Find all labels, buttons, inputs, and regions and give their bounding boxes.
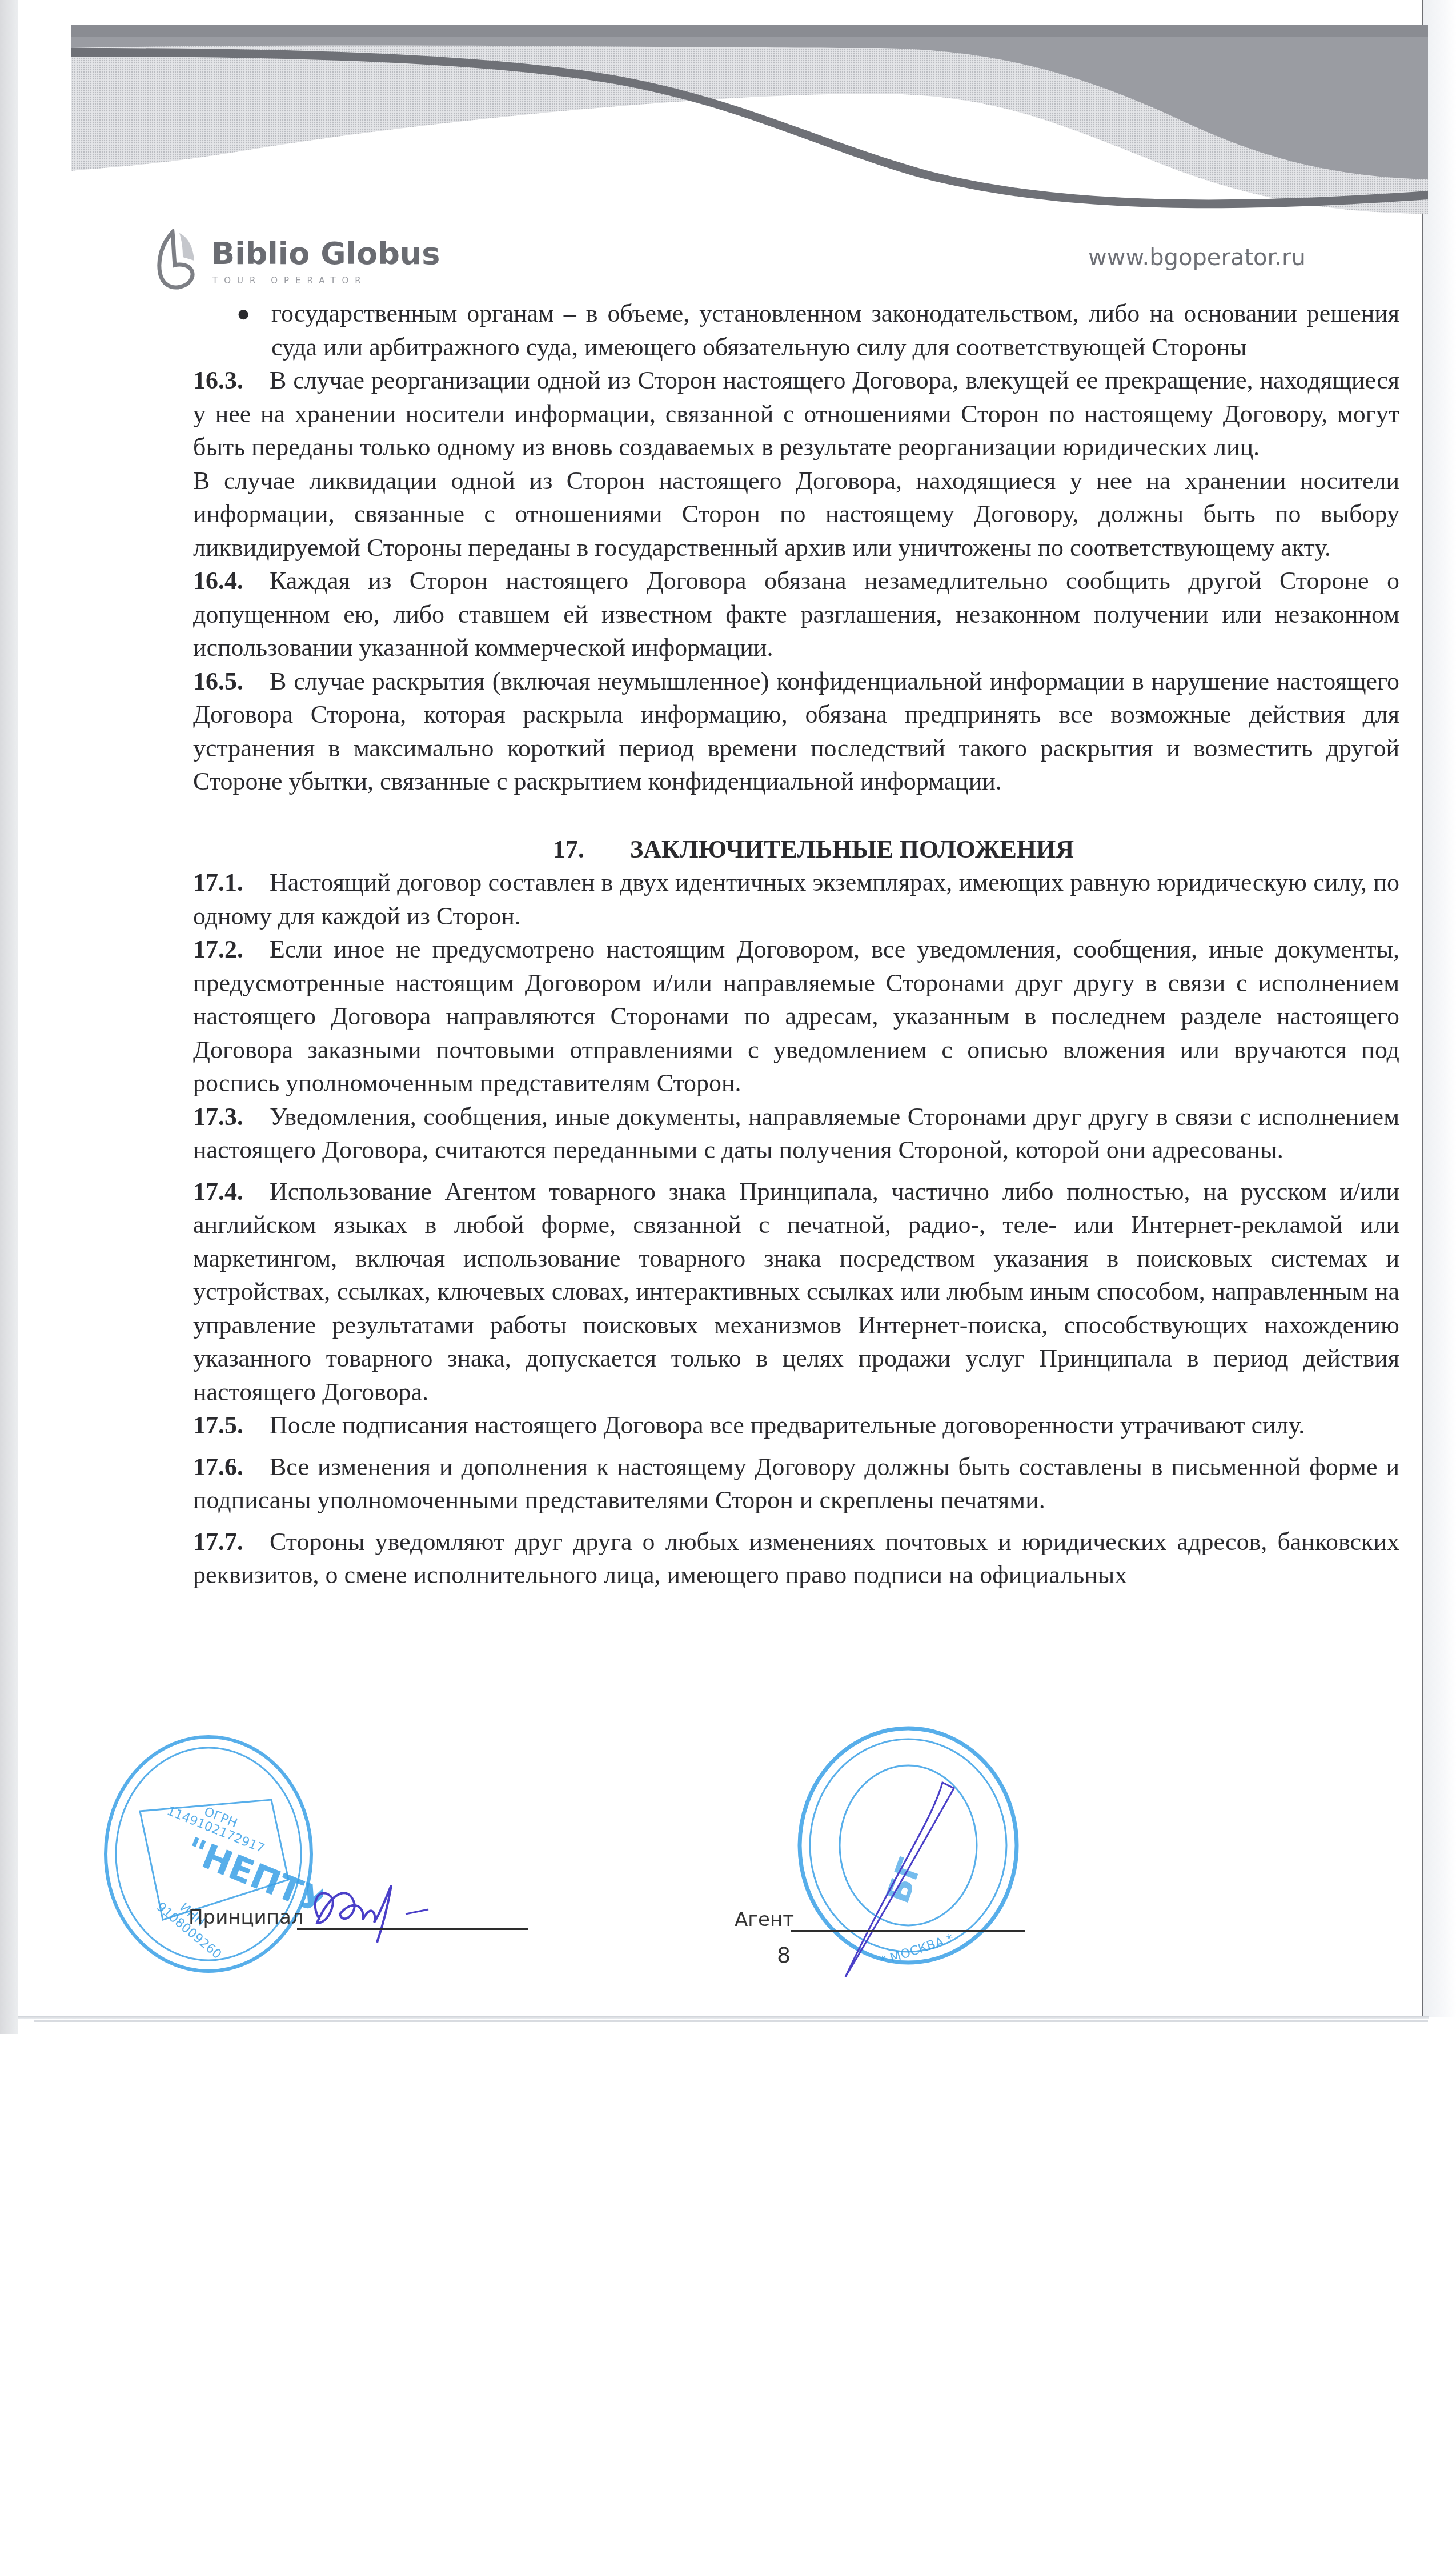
clause-17-3: 17.3.Уведомления, сообщения, иные докуме… <box>193 1100 1399 1167</box>
logo-mark-icon <box>154 229 200 291</box>
agent-label: Агент <box>735 1908 794 1931</box>
page-bottom-edge-shadow <box>34 2020 1428 2022</box>
clause-17-1: 17.1.Настоящий договор составлен в двух … <box>193 866 1399 933</box>
website-url: www.bgoperator.ru <box>1088 245 1306 271</box>
clause-17-5: 17.5.После подписания настоящего Договор… <box>193 1409 1399 1443</box>
contract-body: ● государственным органам – в объеме, ус… <box>193 297 1399 1592</box>
clause-text: После подписания настоящего Договора все… <box>270 1411 1305 1439</box>
section-title: ЗАКЛЮЧИТЕЛЬНЫЕ ПОЛОЖЕНИЯ <box>630 835 1074 863</box>
clause-text: В случае реорганизации одной из Сторон н… <box>193 366 1399 461</box>
clause-text: Если иное не предусмотрено настоящим Дог… <box>193 935 1399 1097</box>
clause-text: Настоящий договор составлен в двух идент… <box>193 868 1399 930</box>
principal-signature-line <box>297 1928 528 1930</box>
clause-16-5: 16.5.В случае раскрытия (включая неумышл… <box>193 665 1399 799</box>
logo-name: Biblio Globus <box>211 235 440 271</box>
clause-16-3: 16.3.В случае реорганизации одной из Сто… <box>193 364 1399 464</box>
clause-number: 17.5. <box>193 1409 270 1443</box>
header-wave-graphic <box>71 25 1428 214</box>
section-number: 17. <box>553 833 584 867</box>
clause-17-4: 17.4.Использование Агентом товарного зна… <box>193 1175 1399 1409</box>
clause-number: 16.3. <box>193 364 270 398</box>
page-right-edge <box>1422 0 1423 2017</box>
clause-17-2: 17.2.Если иное не предусмотрено настоящи… <box>193 933 1399 1100</box>
signature-block: Принципал Агент <box>0 1903 1456 1960</box>
principal-label: Принципал <box>188 1906 304 1929</box>
clause-text: Стороны уведомляют друг друга о любых из… <box>193 1528 1399 1589</box>
scan-left-margin <box>0 0 18 2034</box>
page-number: 8 <box>777 1943 791 1968</box>
clause-number: 16.5. <box>193 665 270 699</box>
clause-16-3-continued: В случае ликвидации одной из Сторон наст… <box>193 464 1399 565</box>
clause-number: 16.4. <box>193 564 270 598</box>
logo-subtitle: TOUR OPERATOR <box>212 275 367 286</box>
bullet-item: ● государственным органам – в объеме, ус… <box>193 297 1399 364</box>
agent-signature-line <box>791 1930 1025 1932</box>
clause-17-6: 17.6.Все изменения и дополнения к настоя… <box>193 1451 1399 1517</box>
clause-16-4: 16.4.Каждая из Сторон настоящего Договор… <box>193 564 1399 665</box>
scan-right-shade <box>1423 0 1456 2017</box>
clause-text: Все изменения и дополнения к настоящему … <box>193 1453 1399 1515</box>
clause-number: 17.2. <box>193 933 270 967</box>
clause-text: В случае ликвидации одной из Сторон наст… <box>193 467 1399 562</box>
clause-number: 17.4. <box>193 1175 270 1209</box>
biblio-globus-logo: Biblio Globus TOUR OPERATOR <box>154 223 497 297</box>
bullet-text: государственным органам – в объеме, уста… <box>271 299 1399 361</box>
page-bottom-edge <box>18 2016 1429 2019</box>
clause-text: Каждая из Сторон настоящего Договора обя… <box>193 567 1399 662</box>
clause-number: 17.6. <box>193 1451 270 1484</box>
clause-number: 17.7. <box>193 1525 270 1559</box>
clause-text: Использование Агентом товарного знака Пр… <box>193 1178 1399 1406</box>
clause-number: 17.3. <box>193 1100 270 1134</box>
clause-text: Уведомления, сообщения, иные документы, … <box>193 1103 1399 1164</box>
clause-text: В случае раскрытия (включая неумышленное… <box>193 667 1399 796</box>
clause-number: 17.1. <box>193 866 270 900</box>
clause-17-7: 17.7.Стороны уведомляют друг друга о люб… <box>193 1525 1399 1592</box>
bullet-icon: ● <box>236 297 250 331</box>
section-17-heading: 17.ЗАКЛЮЧИТЕЛЬНЫЕ ПОЛОЖЕНИЯ <box>193 833 1399 867</box>
